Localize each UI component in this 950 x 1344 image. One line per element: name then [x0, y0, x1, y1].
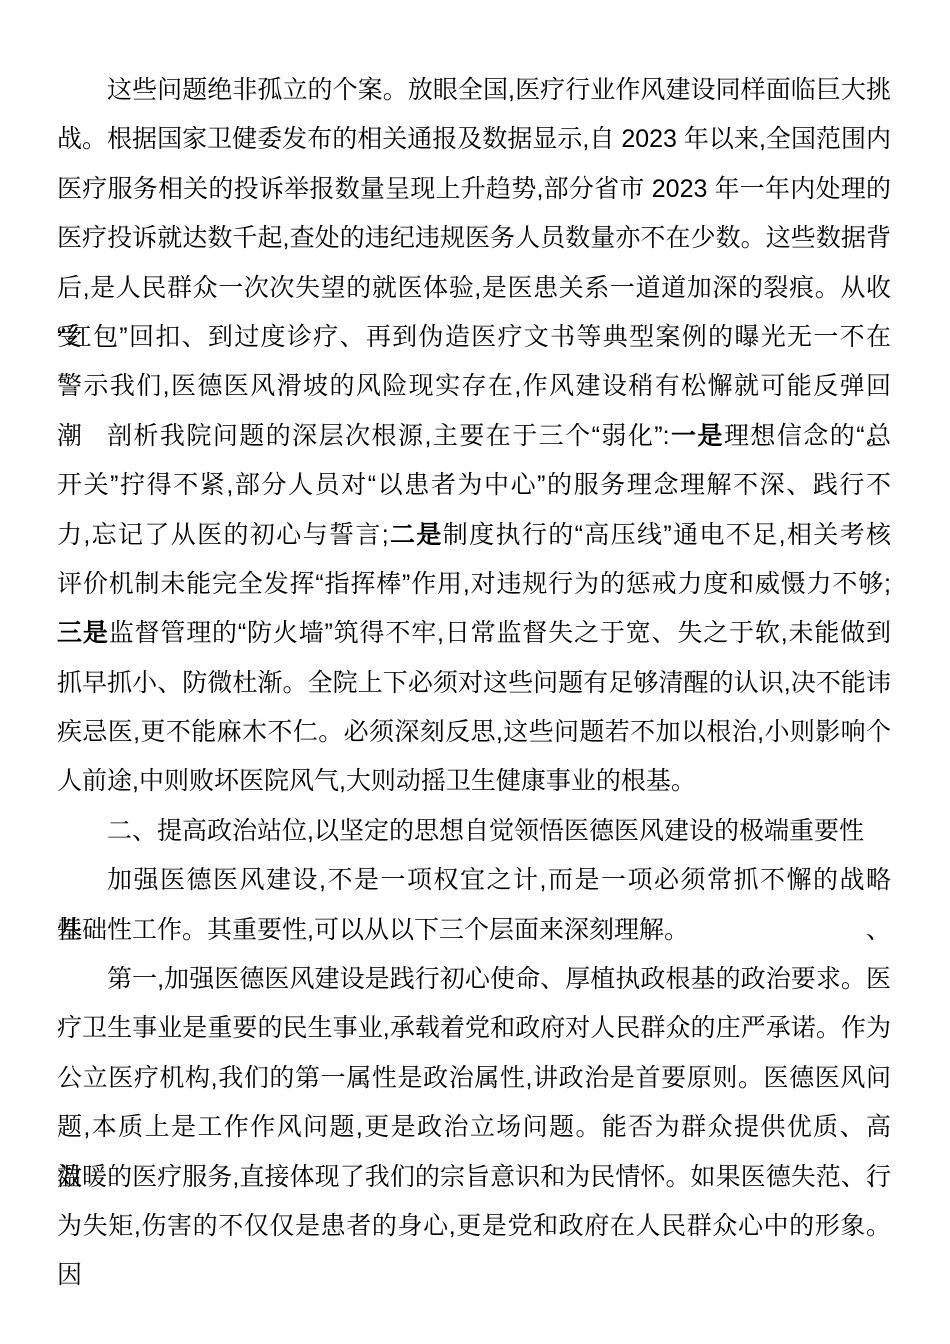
text-run: 疗卫生事业是重要的民生事业,承载着党和政府对人民群众的庄严承诺。作为 [57, 1014, 891, 1042]
text-line: 抓早抓小、防微杜渐。全院上下必须对这些问题有足够清醒的认识,决不能讳 [57, 659, 891, 708]
bold-text-run: 三是 [57, 619, 109, 647]
text-line: 二、提高政治站位,以坚定的思想自觉领悟医德医风建设的极端重要性 [57, 807, 891, 856]
document-page: 这些问题绝非孤立的个案。放眼全国,医疗行业作风建设同样面临巨大挑战。根据国家卫健… [0, 0, 950, 1344]
text-run: 开关”拧得不紧,部分人员对“以患者为中心”的服务理念理解不深、践行不 [57, 471, 891, 499]
para-nationwide-problems: 这些问题绝非孤立的个案。放眼全国,医疗行业作风建设同样面临巨大挑战。根据国家卫健… [57, 66, 891, 412]
text-run: 温暖的医疗服务,直接体现了我们的宗旨意识和为民情怀。如果医德失范、行 [57, 1163, 891, 1191]
text-run: 剖析我院问题的深层次根源,主要在于三个“弱化”: [107, 422, 670, 450]
text-run: 为失矩,伤害的不仅仅是患者的身心,更是党和政府在人民群众心中的形象。因 [57, 1212, 891, 1289]
text-line: 后,是人民群众一次次失望的就医体验,是医患关系一道道加深的裂痕。从收受 [57, 264, 891, 313]
text-run: 疾忌医,更不能麻木不仁。必须深刻反思,这些问题若不加以根治,小则影响个 [57, 718, 891, 746]
text-line: 三是监督管理的“防火墙”筑得不牢,日常监督失之于宽、失之于软,未能做到 [57, 609, 891, 658]
text-line: “红包”回扣、到过度诊疗、再到伪造医疗文书等典型案例的曝光无一不在 [57, 313, 891, 362]
text-line: 疾忌医,更不能麻木不仁。必须深刻反思,这些问题若不加以根治,小则影响个 [57, 708, 891, 757]
text-run: 抓早抓小、防微杜渐。全院上下必须对这些问题有足够清醒的认识,决不能讳 [57, 669, 891, 697]
bold-text-run: 一是 [670, 422, 724, 450]
text-line: 加强医德医风建设,不是一项权宜之计,而是一项必须常抓不懈的战略性、 [57, 856, 891, 905]
bold-text-run: 二是 [389, 521, 443, 549]
text-line: 题,本质上是工作作风问题,更是政治立场问题。能否为群众提供优质、高效、 [57, 1103, 891, 1152]
text-line: 公立医疗机构,我们的第一属性是政治属性,讲政治是首要原则。医德医风问 [57, 1054, 891, 1103]
text-line: 开关”拧得不紧,部分人员对“以患者为中心”的服务理念理解不深、践行不 [57, 461, 891, 510]
text-line: 力,忘记了从医的初心与誓言;二是制度执行的“高压线”通电不足,相关考核 [57, 511, 891, 560]
para-root-causes: 剖析我院问题的深层次根源,主要在于三个“弱化”:一是理想信念的“总开关”拧得不紧… [57, 412, 891, 807]
text-run: 力,忘记了从医的初心与誓言; [57, 521, 389, 549]
text-run: 基础性工作。其重要性,可以从以下三个层面来深刻理解。 [57, 916, 689, 944]
text-run: 医疗服务相关的投诉举报数量呈现上升趋势,部分省市 2023 年一年内处理的 [57, 175, 891, 203]
text-run: 医疗投诉就达数千起,查处的违纪违规医务人员数量亦不在少数。这些数据背 [57, 224, 891, 252]
text-line: 这些问题绝非孤立的个案。放眼全国,医疗行业作风建设同样面临巨大挑 [57, 66, 891, 115]
text-line: 医疗投诉就达数千起,查处的违纪违规医务人员数量亦不在少数。这些数据背 [57, 214, 891, 263]
section-heading-2: 二、提高政治站位,以坚定的思想自觉领悟医德医风建设的极端重要性 [57, 807, 891, 856]
text-line: 为失矩,伤害的不仅仅是患者的身心,更是党和政府在人民群众心中的形象。因 [57, 1202, 891, 1251]
text-run: 监督管理的“防火墙”筑得不牢,日常监督失之于宽、失之于软,未能做到 [109, 619, 891, 647]
text-line: 评价机制未能完全发挥“指挥棒”作用,对违规行为的惩戒力度和威慑力不够; [57, 560, 891, 609]
text-line: 温暖的医疗服务,直接体现了我们的宗旨意识和为民情怀。如果医德失范、行 [57, 1153, 891, 1202]
text-run: “红包”回扣、到过度诊疗、再到伪造医疗文书等典型案例的曝光无一不在 [57, 323, 891, 351]
text-run: 二、提高政治站位,以坚定的思想自觉领悟医德医风建设的极端重要性 [107, 817, 864, 845]
para-strategic-importance: 加强医德医风建设,不是一项权宜之计,而是一项必须常抓不懈的战略性、基础性工作。其… [57, 856, 891, 955]
text-run: 第一,加强医德医风建设是践行初心使命、厚植执政根基的政治要求。医 [107, 965, 891, 993]
text-line: 警示我们,医德医风滑坡的风险现实存在,作风建设稍有松懈就可能反弹回潮。 [57, 362, 891, 411]
text-run: 这些问题绝非孤立的个案。放眼全国,医疗行业作风建设同样面临巨大挑 [107, 76, 891, 104]
text-run: 制度执行的“高压线”通电不足,相关考核 [443, 521, 891, 549]
text-line: 医疗服务相关的投诉举报数量呈现上升趋势,部分省市 2023 年一年内处理的 [57, 165, 891, 214]
text-run: 理想信念的“总 [724, 422, 891, 450]
text-line: 疗卫生事业是重要的民生事业,承载着党和政府对人民群众的庄严承诺。作为 [57, 1004, 891, 1053]
text-line: 人前途,中则败坏医院风气,大则动摇卫生健康事业的根基。 [57, 757, 891, 806]
text-run: 公立医疗机构,我们的第一属性是政治属性,讲政治是首要原则。医德医风问 [57, 1064, 891, 1092]
text-line: 战。根据国家卫健委发布的相关通报及数据显示,自 2023 年以来,全国范围内 [57, 115, 891, 164]
text-run: 战。根据国家卫健委发布的相关通报及数据显示,自 2023 年以来,全国范围内 [57, 125, 891, 153]
document-body: 这些问题绝非孤立的个案。放眼全国,医疗行业作风建设同样面临巨大挑战。根据国家卫健… [57, 66, 891, 1251]
text-line: 第一,加强医德医风建设是践行初心使命、厚植执政根基的政治要求。医 [57, 955, 891, 1004]
para-first-political-requirement: 第一,加强医德医风建设是践行初心使命、厚植执政根基的政治要求。医疗卫生事业是重要… [57, 955, 891, 1251]
text-run: 评价机制未能完全发挥“指挥棒”作用,对违规行为的惩戒力度和威慑力不够; [57, 570, 891, 598]
text-run: 人前途,中则败坏医院风气,大则动摇卫生健康事业的根基。 [57, 767, 696, 795]
text-line: 剖析我院问题的深层次根源,主要在于三个“弱化”:一是理想信念的“总 [57, 412, 891, 461]
